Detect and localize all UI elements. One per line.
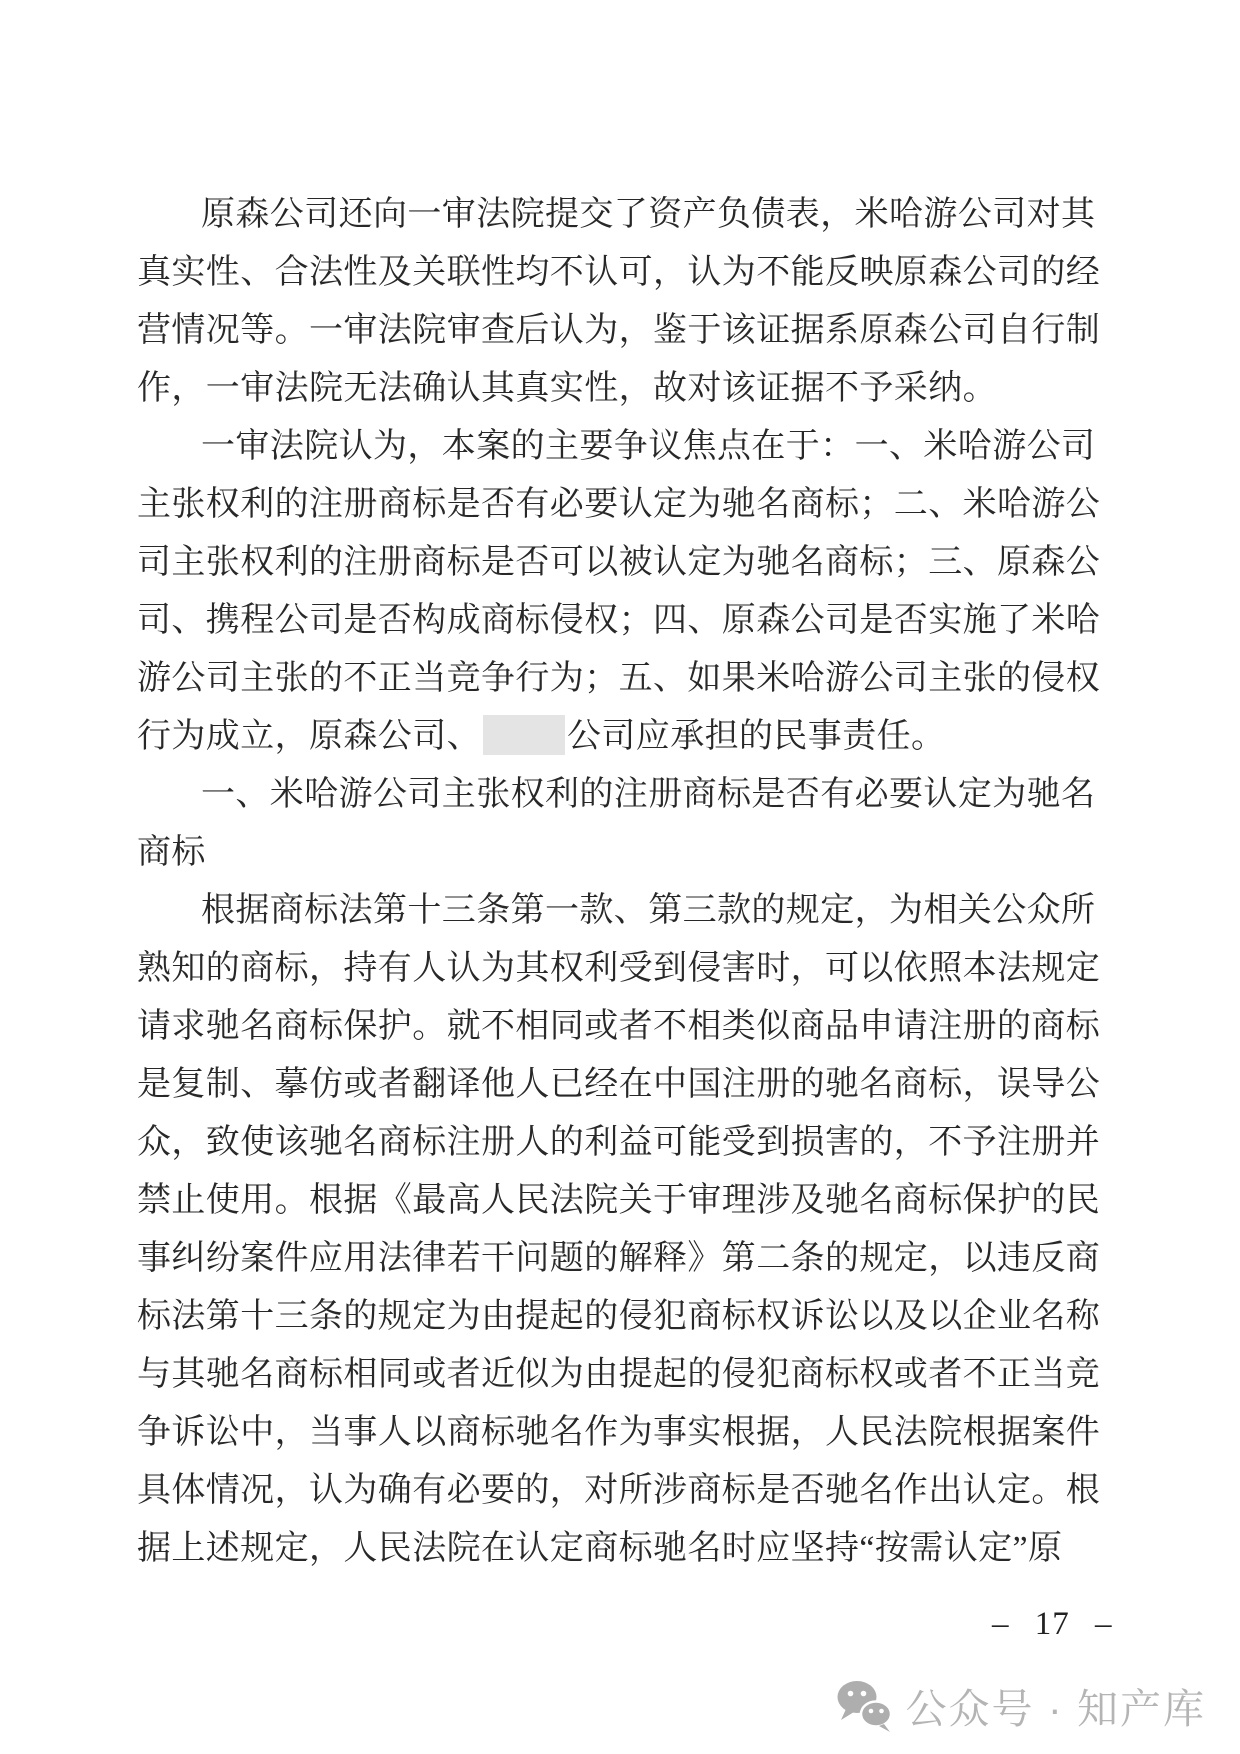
redaction-box — [483, 715, 565, 755]
text-line: 营情况等。一审法院审查后认为，鉴于该证据系原森公司自行制 — [137, 302, 1107, 360]
text-line: 商标 — [137, 824, 1107, 882]
text-segment: 司主张权利的注册商标是否可以被认定为驰名商标；三、原森公 — [137, 544, 1100, 581]
text-line: 请求驰名商标保护。就不相同或者不相类似商品申请注册的商标 — [137, 998, 1107, 1056]
text-segment: 标法第十三条的规定为由提起的侵犯商标权诉讼以及以企业名称 — [137, 1298, 1100, 1335]
text-segment: 公司应承担的民事责任。 — [567, 718, 945, 755]
text-segment: 商标 — [137, 834, 206, 871]
text-segment: 游公司主张的不正当竞争行为；五、如果米哈游公司主张的侵权 — [137, 660, 1100, 697]
text-line: 一审法院认为，本案的主要争议焦点在于：一、米哈游公司 — [137, 418, 1107, 476]
text-segment: 与其驰名商标相同或者近似为由提起的侵犯商标权或者不正当竞 — [137, 1356, 1100, 1393]
text-block: 原森公司还向一审法院提交了资产负债表，米哈游公司对其真实性、合法性及关联性均不认… — [137, 186, 1107, 1578]
text-line: 熟知的商标，持有人认为其权利受到侵害时，可以依照本法规定 — [137, 940, 1107, 998]
text-line: 事纠纷案件应用法律若干问题的解释》第二条的规定，以违反商 — [137, 1230, 1107, 1288]
text-segment: 争诉讼中，当事人以商标驰名作为事实根据，人民法院根据案件 — [137, 1414, 1100, 1451]
text-segment: 营情况等。一审法院审查后认为，鉴于该证据系原森公司自行制 — [137, 312, 1100, 349]
text-segment: 请求驰名商标保护。就不相同或者不相类似商品申请注册的商标 — [137, 1008, 1100, 1045]
text-line: 作，一审法院无法确认其真实性，故对该证据不予采纳。 — [137, 360, 1107, 418]
text-segment: 具体情况，认为确有必要的，对所涉商标是否驰名作出认定。根 — [137, 1472, 1100, 1509]
text-segment: 一审法院认为，本案的主要争议焦点在于：一、米哈游公司 — [201, 428, 1095, 465]
text-segment: 事纠纷案件应用法律若干问题的解释》第二条的规定，以违反商 — [137, 1240, 1100, 1277]
text-segment: 根据商标法第十三条第一款、第三款的规定，为相关公众所 — [201, 892, 1095, 929]
text-segment: 原森公司还向一审法院提交了资产负债表，米哈游公司对其 — [201, 196, 1095, 233]
text-segment: 主张权利的注册商标是否有必要认定为驰名商标；二、米哈游公 — [137, 486, 1100, 523]
text-segment: 作，一审法院无法确认其真实性，故对该证据不予采纳。 — [137, 370, 997, 407]
wechat-icon — [837, 1680, 893, 1732]
text-line: 标法第十三条的规定为由提起的侵犯商标权诉讼以及以企业名称 — [137, 1288, 1107, 1346]
text-segment: 禁止使用。根据《最高人民法院关于审理涉及驰名商标保护的民 — [137, 1182, 1100, 1219]
text-segment: 真实性、合法性及关联性均不认可，认为不能反映原森公司的经 — [137, 254, 1100, 291]
text-line: 禁止使用。根据《最高人民法院关于审理涉及驰名商标保护的民 — [137, 1172, 1107, 1230]
text-line: 众，致使该驰名商标注册人的利益可能受到损害的，不予注册并 — [137, 1114, 1107, 1172]
text-segment: 熟知的商标，持有人认为其权利受到侵害时，可以依照本法规定 — [137, 950, 1100, 987]
text-line: 是复制、摹仿或者翻译他人已经在中国注册的驰名商标，误导公 — [137, 1056, 1107, 1114]
text-line: 主张权利的注册商标是否有必要认定为驰名商标；二、米哈游公 — [137, 476, 1107, 534]
text-line: 据上述规定，人民法院在认定商标驰名时应坚持“按需认定”原 — [137, 1520, 1107, 1578]
text-line: 具体情况，认为确有必要的，对所涉商标是否驰名作出认定。根 — [137, 1462, 1107, 1520]
text-line: 真实性、合法性及关联性均不认可，认为不能反映原森公司的经 — [137, 244, 1107, 302]
text-segment: 众，致使该驰名商标注册人的利益可能受到损害的，不予注册并 — [137, 1124, 1100, 1161]
watermark: 公众号 · 知产库 — [837, 1676, 1206, 1735]
text-line: 原森公司还向一审法院提交了资产负债表，米哈游公司对其 — [137, 186, 1107, 244]
text-line: 司、携程公司是否构成商标侵权；四、原森公司是否实施了米哈 — [137, 592, 1107, 650]
text-line: 一、米哈游公司主张权利的注册商标是否有必要认定为驰名 — [137, 766, 1107, 824]
text-line: 司主张权利的注册商标是否可以被认定为驰名商标；三、原森公 — [137, 534, 1107, 592]
text-line: 与其驰名商标相同或者近似为由提起的侵犯商标权或者不正当竞 — [137, 1346, 1107, 1404]
text-segment: 司、携程公司是否构成商标侵权；四、原森公司是否实施了米哈 — [137, 602, 1100, 639]
text-line: 根据商标法第十三条第一款、第三款的规定，为相关公众所 — [137, 882, 1107, 940]
text-line: 争诉讼中，当事人以商标驰名作为事实根据，人民法院根据案件 — [137, 1404, 1107, 1462]
text-segment: 据上述规定，人民法院在认定商标驰名时应坚持“按需认定”原 — [137, 1530, 1062, 1567]
text-segment: 行为成立，原森公司、 — [137, 718, 481, 755]
text-line: 行为成立，原森公司、公司应承担的民事责任。 — [137, 708, 1107, 766]
text-line: 游公司主张的不正当竞争行为；五、如果米哈游公司主张的侵权 — [137, 650, 1107, 708]
text-segment: 是复制、摹仿或者翻译他人已经在中国注册的驰名商标，误导公 — [137, 1066, 1100, 1103]
watermark-text: 公众号 · 知产库 — [906, 1676, 1206, 1735]
text-segment: 一、米哈游公司主张权利的注册商标是否有必要认定为驰名 — [201, 776, 1095, 813]
page-number: – 17 – — [992, 1606, 1113, 1643]
document-page: 原森公司还向一审法院提交了资产负债表，米哈游公司对其真实性、合法性及关联性均不认… — [0, 0, 1240, 1754]
